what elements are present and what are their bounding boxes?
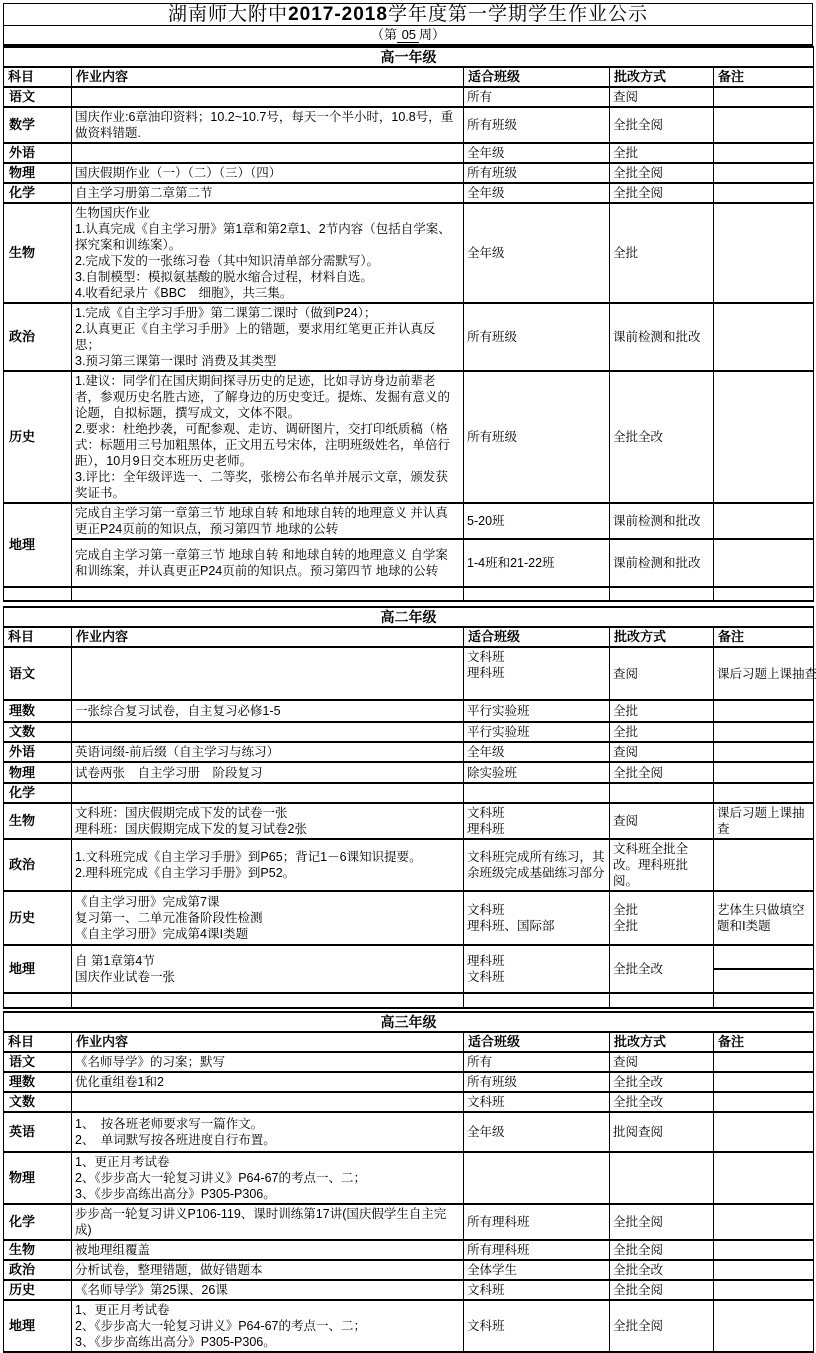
method-cell: 查阅 xyxy=(610,803,714,839)
table-row: 物理试卷两张 自主学习册 阶段复习除实验班全批全阅 xyxy=(4,762,814,783)
method-cell: 全批全改 xyxy=(610,371,714,503)
note-cell xyxy=(714,1240,814,1260)
content-cell: 生物国庆作业 1.认真完成《自主学习册》第1章和第2章1、2节内容（包括自学案、… xyxy=(72,203,464,303)
table-row xyxy=(4,993,814,1008)
classes-cell: 文科班完成所有练习，其余班级完成基础练习部分 xyxy=(464,839,610,891)
classes-cell: 理科班 文科班 xyxy=(464,945,610,993)
subject-cell xyxy=(4,993,72,1008)
content-cell: 《自主学习册》完成第7课 复习第一、二单元准备阶段性检测 《自主学习册》完成第4… xyxy=(72,891,464,945)
method-cell xyxy=(610,993,714,1008)
note-cell xyxy=(714,203,814,303)
subtitle-pre: （第 xyxy=(371,27,397,42)
content-cell: 试卷两张 自主学习册 阶段复习 xyxy=(72,762,464,783)
content-cell xyxy=(72,783,464,803)
classes-cell: 所有班级 xyxy=(464,1072,610,1092)
classes-cell: 平行实验班 xyxy=(464,700,610,722)
content-cell: 1.完成《自主学习手册》第二课第二课时（做到P24）； 2.认真更正《自主学习手… xyxy=(72,303,464,371)
subject-cell: 历史 xyxy=(4,371,72,503)
content-cell: 《名师导学》第25课、26课 xyxy=(72,1280,464,1300)
note-cell xyxy=(714,587,814,601)
classes-cell: 5-20班 xyxy=(464,503,610,539)
grade-sections: 高一年级科目作业内容适合班级批改方式备注语文所有查阅数学国庆作业:6章油印资料；… xyxy=(3,46,813,1353)
grade-1-table: 高一年级科目作业内容适合班级批改方式备注语文所有查阅数学国庆作业:6章油印资料；… xyxy=(3,46,814,602)
content-cell: 分析试卷，整理错题，做好错题本 xyxy=(72,1260,464,1280)
classes-cell: 1-4班和21-22班 xyxy=(464,539,610,587)
content-cell: 自 第1章第4节 国庆作业试卷一张 xyxy=(72,945,464,993)
table-row: 政治1.文科班完成《自主学习手册》到P65；背记1－6课知识提要。 2.理科班完… xyxy=(4,839,814,891)
subject-cell: 文数 xyxy=(4,1092,72,1112)
column-header-method: 批改方式 xyxy=(610,1032,714,1052)
method-cell: 全批 xyxy=(610,203,714,303)
table-row: 化学步步高一轮复习讲义P106-119、课时训练第17讲(国庆假学生自主完成)所… xyxy=(4,1204,814,1240)
content-cell: 国庆作业:6章油印资料；10.2~10.7号，每天一个半小时，10.8号，重做资… xyxy=(72,107,464,143)
method-cell: 全批全阅 xyxy=(610,163,714,183)
classes-cell: 全年级 xyxy=(464,742,610,762)
note-cell xyxy=(714,183,814,203)
content-cell: 英语词缀-前后缀（自主学习与练习） xyxy=(72,742,464,762)
classes-cell: 文科班 理科班、国际部 xyxy=(464,891,610,945)
method-cell: 课前检测和批改 xyxy=(610,539,714,587)
table-row: 化学自主学习册第二章第二节全年级全批全阅 xyxy=(4,183,814,203)
subject-cell: 物理 xyxy=(4,163,72,183)
table-row: 地理完成自主学习第一章第三节 地球自转 和地球自转的地理意义 并认真更正P24页… xyxy=(4,503,814,539)
classes-cell: 所有 xyxy=(464,1052,610,1072)
classes-cell: 文科班 xyxy=(464,1280,610,1300)
classes-cell: 全年级 xyxy=(464,1112,610,1152)
table-row: 生物生物国庆作业 1.认真完成《自主学习册》第1章和第2章1、2节内容（包括自学… xyxy=(4,203,814,303)
table-row: 理数优化重组卷1和2所有班级全批全改 xyxy=(4,1072,814,1092)
table-row: 物理1、更正月考试卷 2、《步步高大一轮复习讲义》P64-67的考点一、二； 3… xyxy=(4,1152,814,1204)
method-cell: 全批 xyxy=(610,700,714,722)
table-row: 政治1.完成《自主学习手册》第二课第二课时（做到P24）； 2.认真更正《自主学… xyxy=(4,303,814,371)
note-cell xyxy=(714,1092,814,1112)
method-cell: 查阅 xyxy=(610,1052,714,1072)
table-row: 完成自主学习第一章第三节 地球自转 和地球自转的地理意义 自学案和训练案，并认真… xyxy=(4,539,814,587)
note-cell xyxy=(714,1300,814,1352)
subject-cell: 政治 xyxy=(4,303,72,371)
content-cell xyxy=(72,647,464,700)
note-cell xyxy=(714,1072,814,1092)
table-row: 数学国庆作业:6章油印资料；10.2~10.7号，每天一个半小时，10.8号，重… xyxy=(4,107,814,143)
note-cell xyxy=(714,1260,814,1280)
classes-cell: 所有班级 xyxy=(464,163,610,183)
content-cell xyxy=(72,1092,464,1112)
classes-cell: 文科班 理科班 xyxy=(464,647,610,700)
note-cell: 课后习题上课抽查 xyxy=(714,647,814,700)
subject-cell: 文数 xyxy=(4,722,72,742)
week-subtitle: （第 05周） xyxy=(4,26,813,46)
table-row: 历史1.建议：同学们在国庆期间探寻历史的足迹，比如寻访身边前辈老者，参观历史名胜… xyxy=(4,371,814,503)
classes-cell: 文科班 xyxy=(464,1092,610,1112)
note-cell xyxy=(714,143,814,163)
method-cell: 全批全阅 xyxy=(610,1240,714,1260)
subject-cell: 物理 xyxy=(4,1152,72,1204)
column-header-method: 批改方式 xyxy=(610,67,714,87)
subject-cell: 化学 xyxy=(4,1204,72,1240)
note-cell xyxy=(714,107,814,143)
note-cell xyxy=(714,969,814,993)
page-title: 湖南师大附中2017-2018学年度第一学期学生作业公示 xyxy=(4,4,813,26)
classes-cell: 所有班级 xyxy=(464,303,610,371)
classes-cell: 平行实验班 xyxy=(464,722,610,742)
column-header-classes: 适合班级 xyxy=(464,627,610,647)
subject-cell: 化学 xyxy=(4,783,72,803)
subject-cell: 理数 xyxy=(4,700,72,722)
subject-cell: 物理 xyxy=(4,762,72,783)
table-row: 外语英语词缀-前后缀（自主学习与练习）全年级查阅 xyxy=(4,742,814,762)
content-cell xyxy=(72,87,464,107)
method-cell: 全批 全批 xyxy=(610,891,714,945)
classes-cell: 所有班级 xyxy=(464,371,610,503)
table-row: 文数平行实验班全批 xyxy=(4,722,814,742)
column-header-method: 批改方式 xyxy=(610,627,714,647)
subject-cell: 英语 xyxy=(4,1112,72,1152)
content-cell: 一张综合复习试卷，自主复习必修1-5 xyxy=(72,700,464,722)
classes-cell: 文科班 理科班 xyxy=(464,803,610,839)
note-cell xyxy=(714,1280,814,1300)
note-cell xyxy=(714,539,814,587)
table-row: 语文《名师导学》的习案；默写所有查阅 xyxy=(4,1052,814,1072)
classes-cell xyxy=(464,783,610,803)
method-cell: 全批全阅 xyxy=(610,1204,714,1240)
method-cell xyxy=(610,587,714,601)
grade-3-table: 高三年级科目作业内容适合班级批改方式备注语文《名师导学》的习案；默写所有查阅理数… xyxy=(3,1011,814,1353)
table-row: 化学 xyxy=(4,783,814,803)
subject-cell: 外语 xyxy=(4,143,72,163)
classes-cell xyxy=(464,587,610,601)
title-block: 湖南师大附中2017-2018学年度第一学期学生作业公示 （第 05周） xyxy=(3,3,813,46)
content-cell xyxy=(72,143,464,163)
column-header-subject: 科目 xyxy=(4,67,72,87)
title-prefix: 湖南师大附中 xyxy=(168,4,288,25)
table-row: 语文文科班 理科班查阅课后习题上课抽查 xyxy=(4,647,814,700)
classes-cell xyxy=(464,993,610,1008)
method-cell: 查阅 xyxy=(610,742,714,762)
title-years: 2017-2018 xyxy=(288,4,388,25)
content-cell xyxy=(72,722,464,742)
subject-cell: 化学 xyxy=(4,183,72,203)
subject-cell: 语文 xyxy=(4,1052,72,1072)
table-row: 语文所有查阅 xyxy=(4,87,814,107)
method-cell: 全批全阅 xyxy=(610,107,714,143)
classes-cell: 全年级 xyxy=(464,143,610,163)
method-cell: 查阅 xyxy=(610,87,714,107)
note-cell xyxy=(714,742,814,762)
homework-announcement-page: 湖南师大附中2017-2018学年度第一学期学生作业公示 （第 05周） 高一年… xyxy=(0,0,816,1353)
note-cell xyxy=(714,87,814,107)
note-cell: 课后习题上课抽查 xyxy=(714,803,814,839)
table-row: 文数文科班全批全改 xyxy=(4,1092,814,1112)
subject-cell: 语文 xyxy=(4,87,72,107)
content-cell: 国庆假期作业（一）（二）（三）（四） xyxy=(72,163,464,183)
content-cell: 优化重组卷1和2 xyxy=(72,1072,464,1092)
note-cell xyxy=(714,722,814,742)
column-header-content: 作业内容 xyxy=(72,1032,464,1052)
column-header-classes: 适合班级 xyxy=(464,1032,610,1052)
method-cell: 全批 xyxy=(610,143,714,163)
content-cell: 完成自主学习第一章第三节 地球自转 和地球自转的地理意义 自学案和训练案，并认真… xyxy=(72,539,464,587)
note-cell xyxy=(714,700,814,722)
subject-cell: 生物 xyxy=(4,1240,72,1260)
column-header-subject: 科目 xyxy=(4,627,72,647)
method-cell: 全批全阅 xyxy=(610,762,714,783)
content-cell: 1、更正月考试卷 2、《步步高大一轮复习讲义》P64-67的考点一、二； 3、《… xyxy=(72,1152,464,1204)
subject-cell: 历史 xyxy=(4,1280,72,1300)
subject-cell: 政治 xyxy=(4,1260,72,1280)
method-cell: 全批全改 xyxy=(610,1092,714,1112)
note-cell xyxy=(714,1152,814,1204)
table-row: 生物文科班：国庆假期完成下发的试卷一张 理科班：国庆假期完成下发的复习试卷2张文… xyxy=(4,803,814,839)
method-cell: 文科班全批全改。理科班批阅。 xyxy=(610,839,714,891)
note-cell xyxy=(714,839,814,891)
method-cell: 全批 xyxy=(610,722,714,742)
note-cell xyxy=(714,371,814,503)
note-cell xyxy=(714,303,814,371)
table-row: 地理1、更正月考试卷 2、《步步高大一轮复习讲义》P64-67的考点一、二； 3… xyxy=(4,1300,814,1352)
table-row: 英语1、 按各班老师要求写一篇作文。 2、 单词默写按各班进度自行布置。全年级批… xyxy=(4,1112,814,1152)
table-row: 外语全年级全批 xyxy=(4,143,814,163)
content-cell: 自主学习册第二章第二节 xyxy=(72,183,464,203)
classes-cell: 除实验班 xyxy=(464,762,610,783)
subject-cell: 数学 xyxy=(4,107,72,143)
method-cell xyxy=(610,1152,714,1204)
table-row: 历史《名师导学》第25课、26课文科班全批全阅 xyxy=(4,1280,814,1300)
note-cell xyxy=(714,945,814,969)
subject-cell: 生物 xyxy=(4,203,72,303)
subject-cell: 外语 xyxy=(4,742,72,762)
method-cell xyxy=(610,783,714,803)
content-cell xyxy=(72,587,464,601)
note-cell xyxy=(714,993,814,1008)
note-cell xyxy=(714,1204,814,1240)
table-row: 生物被地理组覆盖所有理科班全批全阅 xyxy=(4,1240,814,1260)
content-cell: 1、更正月考试卷 2、《步步高大一轮复习讲义》P64-67的考点一、二； 3、《… xyxy=(72,1300,464,1352)
section-title: 高三年级 xyxy=(4,1012,814,1032)
table-row: 历史《自主学习册》完成第7课 复习第一、二单元准备阶段性检测 《自主学习册》完成… xyxy=(4,891,814,945)
table-row: 政治分析试卷，整理错题，做好错题本全体学生全批全改 xyxy=(4,1260,814,1280)
method-cell: 课前检测和批改 xyxy=(610,303,714,371)
content-cell: 步步高一轮复习讲义P106-119、课时训练第17讲(国庆假学生自主完成) xyxy=(72,1204,464,1240)
method-cell: 全批全阅 xyxy=(610,1280,714,1300)
subject-cell: 生物 xyxy=(4,803,72,839)
method-cell: 课前检测和批改 xyxy=(610,503,714,539)
content-cell: 1、 按各班老师要求写一篇作文。 2、 单词默写按各班进度自行布置。 xyxy=(72,1112,464,1152)
note-cell xyxy=(714,163,814,183)
column-header-content: 作业内容 xyxy=(72,67,464,87)
note-cell xyxy=(714,1112,814,1152)
method-cell: 全批全改 xyxy=(610,945,714,993)
classes-cell: 全体学生 xyxy=(464,1260,610,1280)
subject-cell: 地理 xyxy=(4,1300,72,1352)
content-cell: 文科班：国庆假期完成下发的试卷一张 理科班：国庆假期完成下发的复习试卷2张 xyxy=(72,803,464,839)
classes-cell: 所有理科班 xyxy=(464,1204,610,1240)
method-cell: 全批全改 xyxy=(610,1260,714,1280)
method-cell: 全批全阅 xyxy=(610,183,714,203)
content-cell: 被地理组覆盖 xyxy=(72,1240,464,1260)
note-cell: 艺体生只做填空题和Ⅰ类题 xyxy=(714,891,814,945)
overflowing-note-text: 课后习题上课抽查 xyxy=(717,666,816,682)
column-header-classes: 适合班级 xyxy=(464,67,610,87)
column-header-note: 备注 xyxy=(714,1032,814,1052)
method-cell: 全批全改 xyxy=(610,1072,714,1092)
subject-cell: 历史 xyxy=(4,891,72,945)
note-cell xyxy=(714,1052,814,1072)
subject-cell: 地理 xyxy=(4,945,72,993)
method-cell: 查阅 xyxy=(610,647,714,700)
content-cell: 1.文科班完成《自主学习手册》到P65；背记1－6课知识提要。 2.理科班完成《… xyxy=(72,839,464,891)
content-cell: 1.建议：同学们在国庆期间探寻历史的足迹，比如寻访身边前辈老者，参观历史名胜古迹… xyxy=(72,371,464,503)
week-number: 05 xyxy=(397,27,419,43)
column-header-note: 备注 xyxy=(714,67,814,87)
note-cell xyxy=(714,503,814,539)
grade-2-table: 高二年级科目作业内容适合班级批改方式备注语文文科班 理科班查阅课后习题上课抽查理… xyxy=(3,606,814,1009)
classes-cell: 全年级 xyxy=(464,203,610,303)
table-row: 物理国庆假期作业（一）（二）（三）（四）所有班级全批全阅 xyxy=(4,163,814,183)
classes-cell: 文科班 xyxy=(464,1300,610,1352)
subject-cell xyxy=(4,587,72,601)
table-row: 理数一张综合复习试卷，自主复习必修1-5平行实验班全批 xyxy=(4,700,814,722)
table-row xyxy=(4,587,814,601)
subject-cell: 政治 xyxy=(4,839,72,891)
section-title: 高一年级 xyxy=(4,47,814,67)
classes-cell: 全年级 xyxy=(464,183,610,203)
subject-cell: 理数 xyxy=(4,1072,72,1092)
classes-cell: 所有班级 xyxy=(464,107,610,143)
column-header-subject: 科目 xyxy=(4,1032,72,1052)
classes-cell xyxy=(464,1152,610,1204)
content-cell: 《名师导学》的习案；默写 xyxy=(72,1052,464,1072)
subtitle-post: 周） xyxy=(419,27,445,42)
method-cell: 批阅查阅 xyxy=(610,1112,714,1152)
note-cell xyxy=(714,762,814,783)
subject-cell: 地理 xyxy=(4,503,72,587)
title-suffix: 学年度第一学期学生作业公示 xyxy=(388,4,648,25)
classes-cell: 所有 xyxy=(464,87,610,107)
subject-cell: 语文 xyxy=(4,647,72,700)
note-cell xyxy=(714,783,814,803)
method-cell: 全批全阅 xyxy=(610,1300,714,1352)
column-header-note: 备注 xyxy=(714,627,814,647)
column-header-content: 作业内容 xyxy=(72,627,464,647)
table-row: 地理自 第1章第4节 国庆作业试卷一张理科班 文科班全批全改 xyxy=(4,945,814,969)
content-cell: 完成自主学习第一章第三节 地球自转 和地球自转的地理意义 并认真更正P24页前的… xyxy=(72,503,464,539)
classes-cell: 所有理科班 xyxy=(464,1240,610,1260)
content-cell xyxy=(72,993,464,1008)
section-title: 高二年级 xyxy=(4,607,814,627)
